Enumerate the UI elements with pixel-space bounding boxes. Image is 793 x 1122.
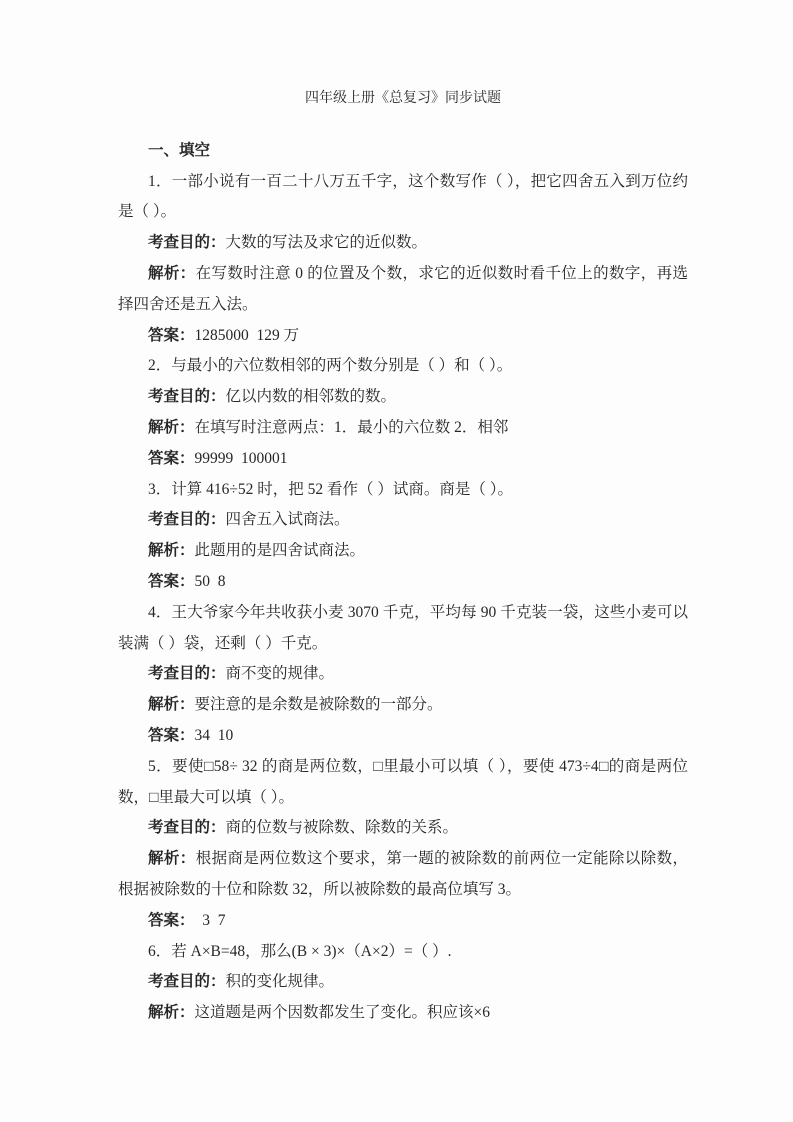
question-6-analysis: 解析：这道题是两个因数都发生了变化。积应该×6 [118, 998, 688, 1029]
purpose-label: 考查目的： [148, 388, 226, 405]
analysis-label: 解析： [148, 265, 196, 282]
purpose-label: 考查目的： [148, 665, 226, 682]
analysis-text: 要注意的是余数是被除数的一部分。 [195, 696, 443, 713]
answer-label: 答案： [148, 573, 195, 590]
answer-text: 3 7 [195, 912, 226, 929]
answer-text: 50 8 [195, 573, 226, 590]
analysis-text: 根据商是两位数这个要求，第一题的被除数的前两位一定能除以除数，根据被除数的十位和… [118, 850, 688, 898]
question-5-answer: 答案： 3 7 [118, 906, 688, 937]
document-page: 四年级上册《总复习》同步试题 一、填空 1．一部小说有一百二十八万五千字，这个数… [0, 0, 793, 1122]
section-heading: 一、填空 [118, 136, 688, 167]
analysis-label: 解析： [148, 1004, 195, 1021]
analysis-label: 解析： [148, 542, 195, 559]
question-2-analysis: 解析：在填写时注意两点：1．最小的六位数 2．相邻 [118, 413, 688, 444]
analysis-label: 解析： [148, 850, 196, 867]
question-3-text: 3．计算 416÷52 时，把 52 看作（ ）试商。商是（ ）。 [118, 475, 688, 506]
question-6-purpose: 考查目的：积的变化规律。 [118, 967, 688, 998]
answer-text: 99999 100001 [195, 450, 288, 467]
answer-label: 答案： [148, 450, 195, 467]
document-title: 四年级上册《总复习》同步试题 [118, 84, 688, 115]
question-4-purpose: 考查目的：商不变的规律。 [118, 659, 688, 690]
question-3-purpose: 考查目的：四舍五入试商法。 [118, 505, 688, 536]
purpose-label: 考查目的： [148, 973, 226, 990]
question-3-answer: 答案：50 8 [118, 567, 688, 598]
question-3-analysis: 解析：此题用的是四舍试商法。 [118, 536, 688, 567]
analysis-text: 在填写时注意两点：1．最小的六位数 2．相邻 [195, 419, 509, 436]
analysis-text: 此题用的是四舍试商法。 [195, 542, 366, 559]
purpose-text: 积的变化规律。 [226, 973, 335, 990]
analysis-label: 解析： [148, 419, 195, 436]
question-1-answer: 答案：1285000 129 万 [118, 321, 688, 352]
analysis-text: 这道题是两个因数都发生了变化。积应该×6 [195, 1004, 491, 1021]
purpose-text: 商的位数与被除数、除数的关系。 [226, 819, 459, 836]
purpose-label: 考查目的： [148, 511, 226, 528]
question-2-purpose: 考查目的：亿以内数的相邻数的数。 [118, 382, 688, 413]
purpose-label: 考查目的： [148, 819, 226, 836]
question-2-text: 2．与最小的六位数相邻的两个数分别是（ ）和（ ）。 [118, 351, 688, 382]
answer-label: 答案： [148, 327, 195, 344]
analysis-label: 解析： [148, 696, 195, 713]
question-4-answer: 答案：34 10 [118, 721, 688, 752]
answer-label: 答案： [148, 727, 195, 744]
question-2-answer: 答案：99999 100001 [118, 444, 688, 475]
question-1-analysis: 解析：在写数时注意 0 的位置及个数，求它的近似数时看千位上的数字，再选择四舍还… [118, 259, 688, 321]
answer-text: 34 10 [195, 727, 234, 744]
purpose-text: 大数的写法及求它的近似数。 [226, 234, 428, 251]
question-5-text: 5．要使□58÷ 32 的商是两位数，□里最小可以填（ ），要使 473÷4□的… [118, 752, 688, 814]
answer-text: 1285000 129 万 [195, 327, 300, 344]
question-5-analysis: 解析：根据商是两位数这个要求，第一题的被除数的前两位一定能除以除数，根据被除数的… [118, 844, 688, 906]
purpose-text: 商不变的规律。 [226, 665, 335, 682]
question-1-purpose: 考查目的：大数的写法及求它的近似数。 [118, 228, 688, 259]
purpose-label: 考查目的： [148, 234, 226, 251]
question-4-analysis: 解析：要注意的是余数是被除数的一部分。 [118, 690, 688, 721]
question-4-text: 4．王大爷家今年共收获小麦 3070 千克，平均每 90 千克装一袋，这些小麦可… [118, 598, 688, 660]
answer-label: 答案： [148, 912, 195, 929]
purpose-text: 四舍五入试商法。 [226, 511, 350, 528]
question-1-text: 1．一部小说有一百二十八万五千字，这个数写作（ ），把它四舍五入到万位约是（ ）… [118, 167, 688, 229]
purpose-text: 亿以内数的相邻数的数。 [226, 388, 397, 405]
analysis-text: 在写数时注意 0 的位置及个数，求它的近似数时看千位上的数字，再选择四舍还是五入… [118, 265, 688, 313]
question-5-purpose: 考查目的：商的位数与被除数、除数的关系。 [118, 813, 688, 844]
question-6-text: 6．若 A×B=48，那么(B × 3)×（A×2）=（ ）. [118, 937, 688, 968]
